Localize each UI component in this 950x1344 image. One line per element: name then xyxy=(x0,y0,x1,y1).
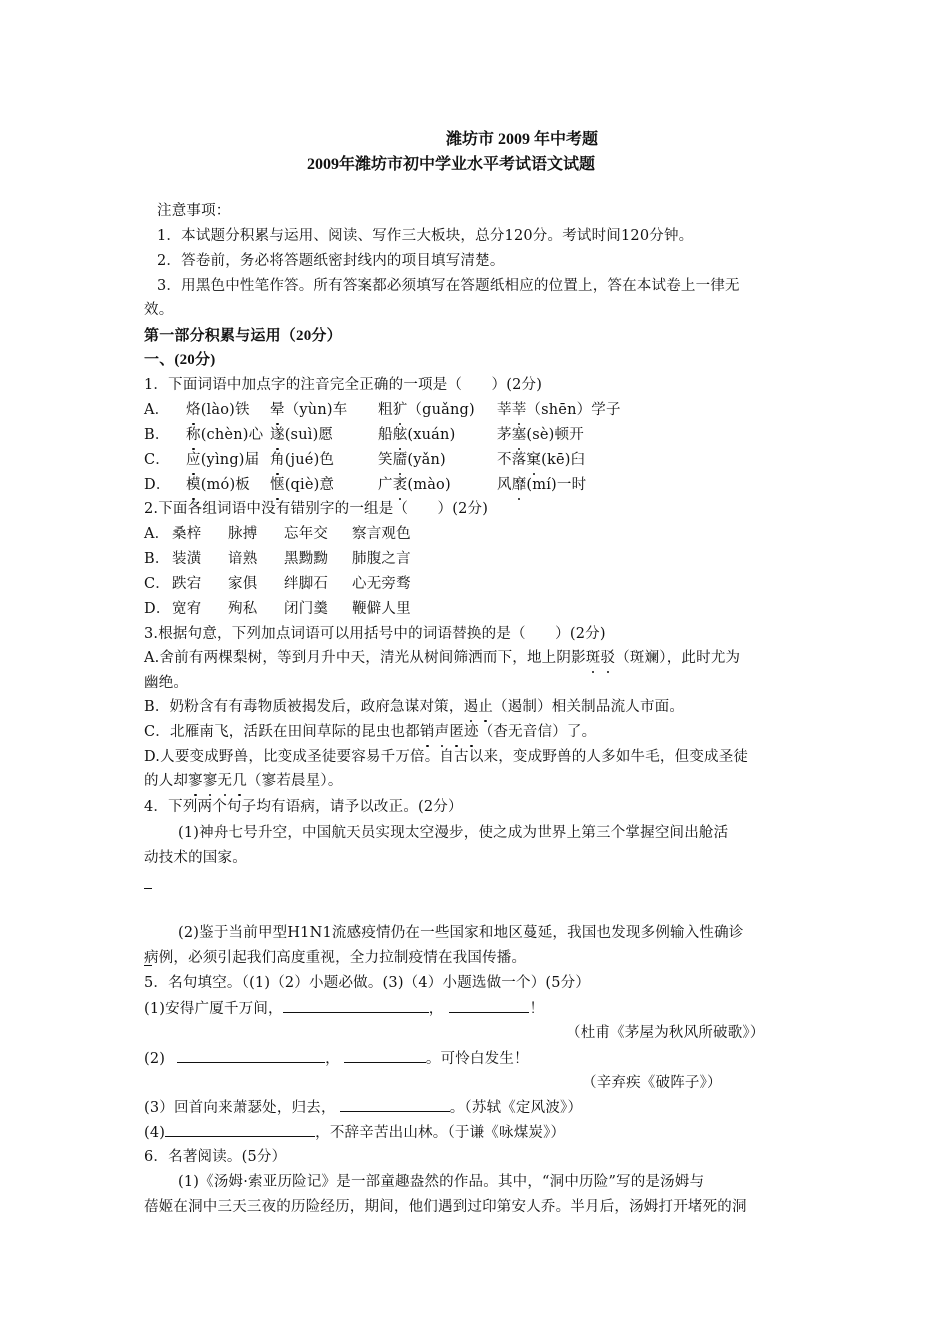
emphasized-char: 寥 xyxy=(188,771,203,791)
q4-stem: 4．下列两个句子均有语病，请予以改正。(2分） xyxy=(144,797,463,817)
answer-line[interactable] xyxy=(144,965,152,966)
q1-option-label: D． xyxy=(144,475,171,495)
q2-option-word: 肺腹之言 xyxy=(352,549,411,569)
q3-option-a: A.舍前有两棵梨树，等到月升中天，清光从树间筛洒而下，地上阴影斑驳（斑斓），此时… xyxy=(144,648,740,668)
emphasized-char: 斑 xyxy=(586,648,601,668)
q1-option-word: 粗犷（guǎng) xyxy=(378,400,475,420)
q1-option-word: 烙(lào)铁 xyxy=(186,400,250,420)
q1-option-word: 惬(qiè)意 xyxy=(270,475,334,495)
q3-option-c: C．北雁南飞，活跃在田间草际的昆虫也都销声匿迹（杳无音信）了。 xyxy=(144,722,596,742)
q2-option-label: D． xyxy=(144,599,171,619)
emphasized-char: 驳 xyxy=(600,648,615,668)
emphasized-char: 匿 xyxy=(449,722,464,742)
q1-option-label: A． xyxy=(144,400,169,420)
emphasized-char: 销 xyxy=(420,722,435,742)
q2-option-word: 宽宥 xyxy=(172,599,201,619)
part1-heading: 第一部分积累与运用（20分） xyxy=(144,326,342,346)
q1-option-word: 风靡(mí)一时 xyxy=(497,475,586,495)
q2-option-label: B． xyxy=(144,549,170,569)
q1-option-word: 遂(suì)愿 xyxy=(270,425,333,445)
fill-blank[interactable] xyxy=(344,1048,426,1063)
q1-option-label: B． xyxy=(144,425,170,445)
emphasized-char: 靥 xyxy=(393,450,408,470)
q1-option-word: 不落窠(kē)臼 xyxy=(497,450,585,470)
fill-blank[interactable] xyxy=(177,1048,325,1063)
emphasized-char: 声 xyxy=(435,722,450,742)
q1-option-word: 称(chèn)心 xyxy=(186,425,263,445)
note-item-3: 3．用黑色中性笔作答。所有答案都必须填写在答题纸相应的位置上，答在本试卷上一律无 xyxy=(157,276,740,296)
q1-option-label: C． xyxy=(144,450,170,470)
q2-option-word: 忘年交 xyxy=(284,524,328,544)
emphasized-char: 莘 xyxy=(512,400,527,420)
emphasized-word: 斑驳 xyxy=(586,650,615,666)
emphasized-char: 寥 xyxy=(203,771,218,791)
q2-option-word: 绊脚石 xyxy=(284,574,328,594)
q1-option-word: 船舷(xuán) xyxy=(378,425,455,445)
q5-line-4: (4)，不辞辛苦出山林。（于谦《咏煤炭》） xyxy=(144,1122,565,1143)
emphasized-char: 应 xyxy=(186,450,201,470)
notes-heading: 注意事项： xyxy=(157,201,231,221)
q2-option-word: 黑黝黝 xyxy=(284,549,328,569)
emphasized-char: 犷 xyxy=(393,400,408,420)
q5-line-2: (2)，。可怜白发生！ xyxy=(144,1048,529,1069)
q2-option-word: 察言观色 xyxy=(352,524,411,544)
q5-line-3: (3）回首向来萧瑟处，归去，。（苏轼《定风波》） xyxy=(144,1097,582,1118)
emphasized-char: 迹 xyxy=(464,722,479,742)
q1-option-word: 广袤(mào) xyxy=(378,475,451,495)
q2-option-word: 心无旁骛 xyxy=(352,574,411,594)
emphasized-char: 止 xyxy=(478,697,493,717)
q2-option-word: 家俱 xyxy=(228,574,257,594)
note-item-3-wrap: 效。 xyxy=(144,300,173,320)
q5-line-2-source: （辛弃疾《破阵子》） xyxy=(582,1073,722,1093)
emphasized-char: 遏 xyxy=(464,697,479,717)
q4-sentence-2-wrap: 病例，必须引起我们高度重视，全力拉制疫情在我国传播。 xyxy=(144,948,526,968)
emphasized-word: 寥寥无几 xyxy=(188,773,247,789)
q6-paragraph-1-wrap: 蓓姬在洞中三天三夜的历险经历，期间，他们遇到过印第安人乔。半月后，汤姆打开堵死的… xyxy=(144,1197,747,1217)
emphasized-char: 袤 xyxy=(393,475,408,495)
q1-option-word: 晕（yùn)车 xyxy=(270,400,347,420)
fill-blank[interactable] xyxy=(283,998,429,1013)
q6-stem: 6．名著阅读。(5分） xyxy=(144,1147,286,1167)
emphasized-char: 遂 xyxy=(270,425,285,445)
fill-blank[interactable] xyxy=(449,998,529,1013)
q2-option-label: A． xyxy=(144,524,169,544)
q4-sentence-1-wrap: 动技术的国家。 xyxy=(144,848,247,868)
emphasized-char: 称 xyxy=(186,425,201,445)
fill-blank[interactable] xyxy=(340,1097,450,1112)
q1-option-word: 角(jué)色 xyxy=(270,450,334,470)
emphasized-char: 几 xyxy=(232,771,247,791)
q2-option-word: 脉搏 xyxy=(228,524,257,544)
answer-line[interactable] xyxy=(144,888,152,889)
document-title: 潍坊市 2009 年中考题 xyxy=(446,126,598,149)
q1-option-word: 应(yìng)届 xyxy=(186,450,259,470)
emphasized-char: 烙 xyxy=(186,400,201,420)
emphasized-char: 晕 xyxy=(270,400,285,420)
emphasized-word: 遏止 xyxy=(464,699,493,715)
q2-option-label: C． xyxy=(144,574,170,594)
emphasized-word: 销声匿迹 xyxy=(420,724,479,740)
q2-option-word: 桑梓 xyxy=(172,524,201,544)
note-item-2: 2．答卷前，务必将答题纸密封线内的项目填写清楚。 xyxy=(157,251,505,271)
q2-stem: 2.下面各组词语中没有错别字的一组是（ ）(2分) xyxy=(144,499,488,519)
q1-option-word: 笑靥(yǎn) xyxy=(378,450,446,470)
q3-stem: 3.根据句意，下列加点词语可以用括号中的词语替换的是（ ）(2分) xyxy=(144,624,606,644)
q2-option-word: 鞭僻人里 xyxy=(352,599,411,619)
section1-heading: 一、(20分) xyxy=(144,350,215,370)
q3-option-a-wrap: 幽绝。 xyxy=(144,673,188,693)
fill-blank[interactable] xyxy=(165,1122,315,1137)
q4-sentence-1: (1)神舟七号升空，中国航天员实现太空漫步，使之成为世界上第三个掌握空间出舱活 xyxy=(178,823,728,843)
q4-sentence-2: (2)鉴于当前甲型H1N1流感疫情仍在一些国家和地区蔓延，我国也发现多例输入性确… xyxy=(178,923,744,943)
note-item-1: 1．本试题分积累与运用、阅读、写作三大板块，总分120分。考试时间120分钟。 xyxy=(157,226,693,246)
q2-option-word: 谙熟 xyxy=(228,549,257,569)
q3-option-b: B．奶粉含有有毒物质被揭发后，政府急谋对策，遏止（遏制）相关制品流人市面。 xyxy=(144,697,684,717)
emphasized-char: 塞 xyxy=(512,425,527,445)
q2-option-word: 装潢 xyxy=(172,549,201,569)
q2-option-word: 闭门羹 xyxy=(284,599,328,619)
emphasized-char: 惬 xyxy=(270,475,285,495)
document-subtitle: 2009年潍坊市初中学业水平考试语文试题 xyxy=(307,151,595,174)
q5-line-1: (1)安得广厦千万间，，！ xyxy=(144,998,544,1019)
q2-option-word: 跌宕 xyxy=(172,574,201,594)
emphasized-char: 舷 xyxy=(393,425,408,445)
emphasized-char: 窠 xyxy=(526,450,541,470)
exam-page: 潍坊市 2009 年中考题 2009年潍坊市初中学业水平考试语文试题 注意事项：… xyxy=(0,0,950,1344)
q2-option-word: 殉私 xyxy=(228,599,257,619)
q1-option-word: 茅塞(sè)顿开 xyxy=(497,425,584,445)
emphasized-char: 无 xyxy=(218,771,233,791)
emphasized-char: 靡 xyxy=(512,475,527,495)
q3-option-d-wrap: 的人却寥寥无几（寥若晨星）。 xyxy=(144,771,343,791)
emphasized-char: 模 xyxy=(186,475,201,495)
emphasized-char: 角 xyxy=(270,450,285,470)
q1-stem: 1．下面词语中加点字的注音完全正确的一项是（ ）(2分) xyxy=(144,375,542,395)
q5-stem: 5．名句填空。（(1)（2）小题必做。(3)（4）小题选做一个）(5分） xyxy=(144,973,590,993)
q3-option-d: D.人要变成野兽，比变成圣徒要容易千万倍。自古以来，变成野兽的人多如牛毛，但变成… xyxy=(144,747,748,767)
q1-option-word: 模(mó)板 xyxy=(186,475,250,495)
q6-paragraph-1: (1)《汤姆·索亚历险记》是一部童趣盎然的作品。其中，“洞中历险”写的是汤姆与 xyxy=(178,1172,704,1192)
q5-line-1-source: （杜甫《茅屋为秋风所破歌》） xyxy=(566,1023,765,1043)
q1-option-word: 莘莘（shēn）学子 xyxy=(497,400,621,420)
